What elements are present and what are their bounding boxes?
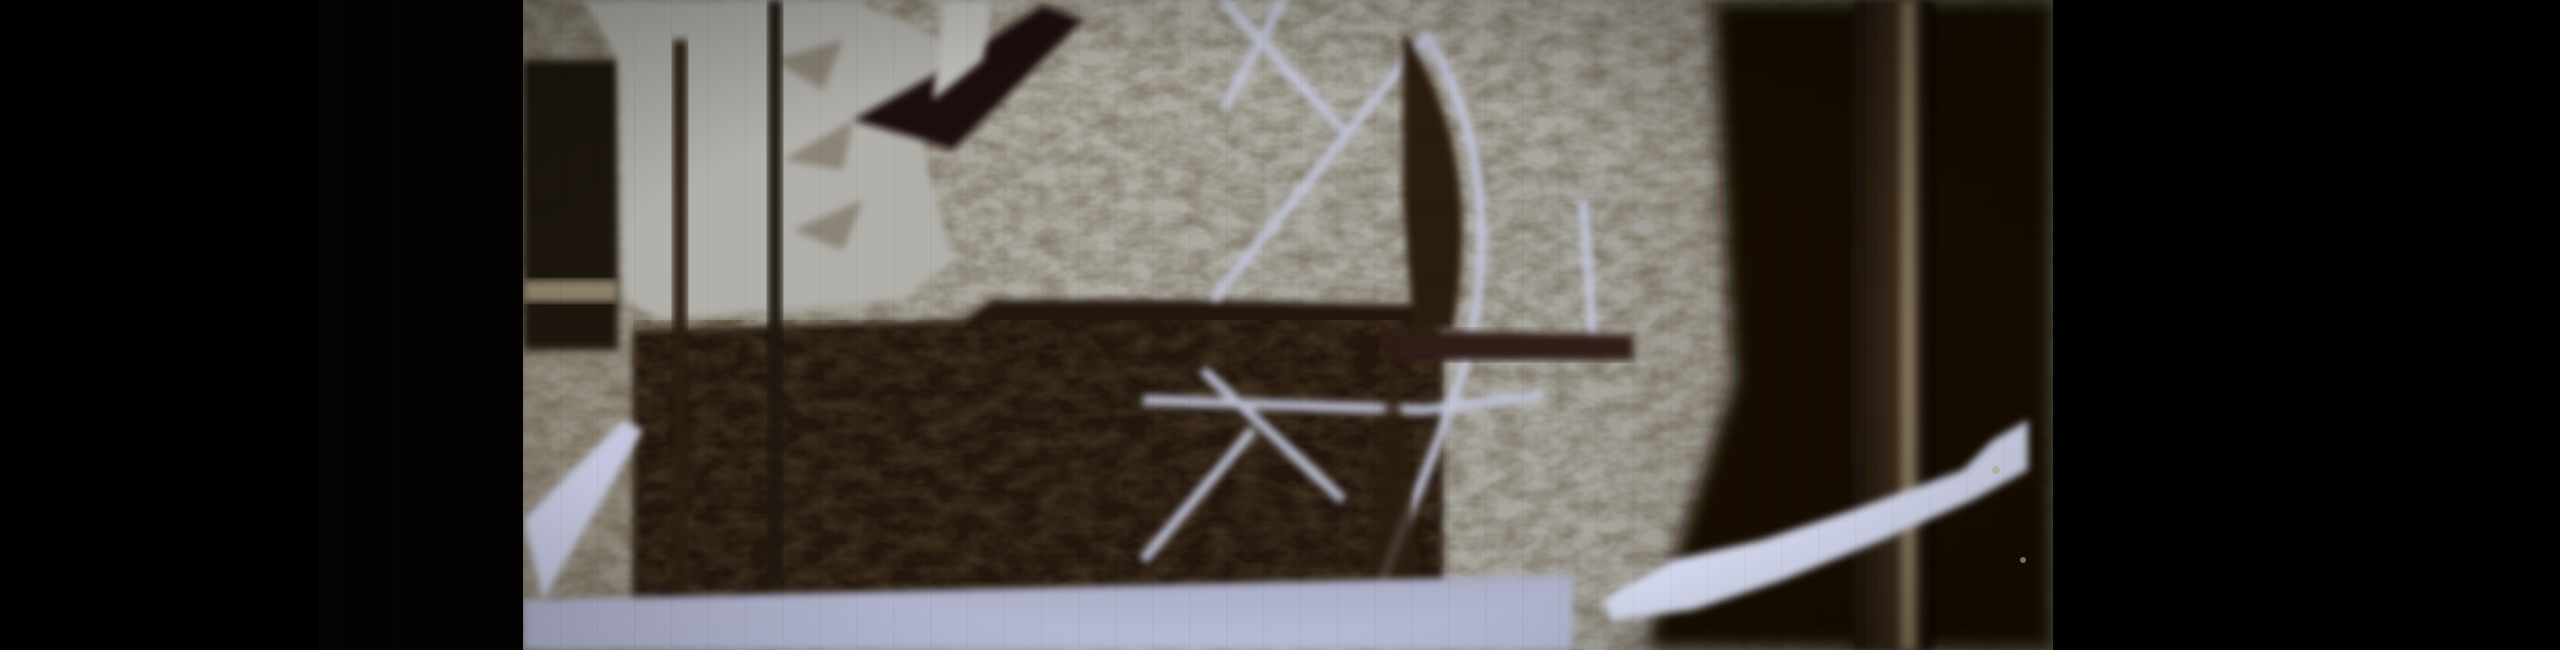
letterbox-shadow-band	[318, 0, 523, 650]
film-still-artwork	[523, 0, 2053, 650]
letterbox-right	[2160, 0, 2560, 650]
film-still	[523, 0, 2053, 650]
video-frame-viewport	[0, 0, 2560, 650]
letterbox-left	[0, 0, 318, 650]
